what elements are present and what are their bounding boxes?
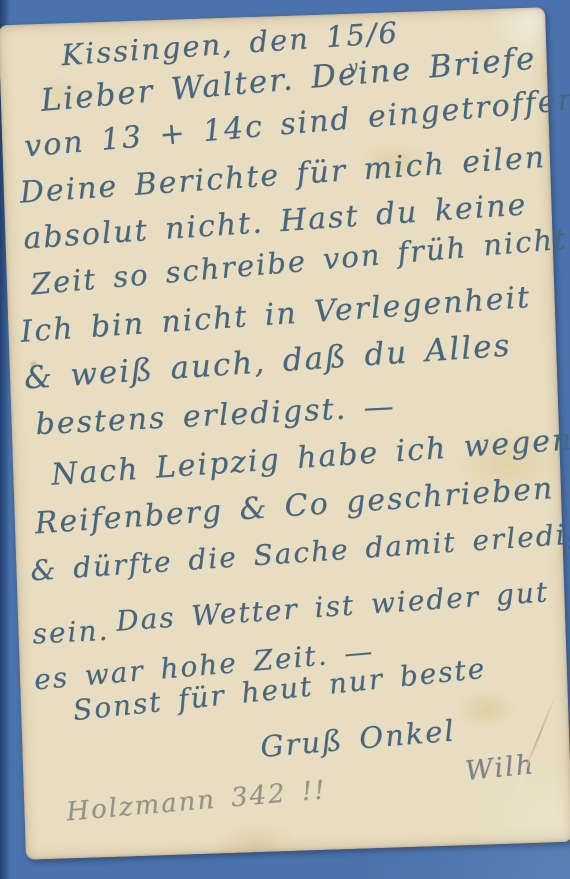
postcard: Kissingen, den 15/6 y Lieber Walter. Dei… xyxy=(0,7,570,860)
dealer-pencil-note: Holzmann 342 !! xyxy=(65,777,327,825)
handwriting-line: bestens erledigst. — xyxy=(35,392,396,440)
handwriting-line: Das Wetter ist wieder gut xyxy=(115,578,550,635)
handwriting-line-closing: Gruß Onkel xyxy=(259,716,457,762)
handwriting-line: sein. xyxy=(32,617,110,649)
scan-backdrop: Kissingen, den 15/6 y Lieber Walter. Dei… xyxy=(0,0,570,879)
